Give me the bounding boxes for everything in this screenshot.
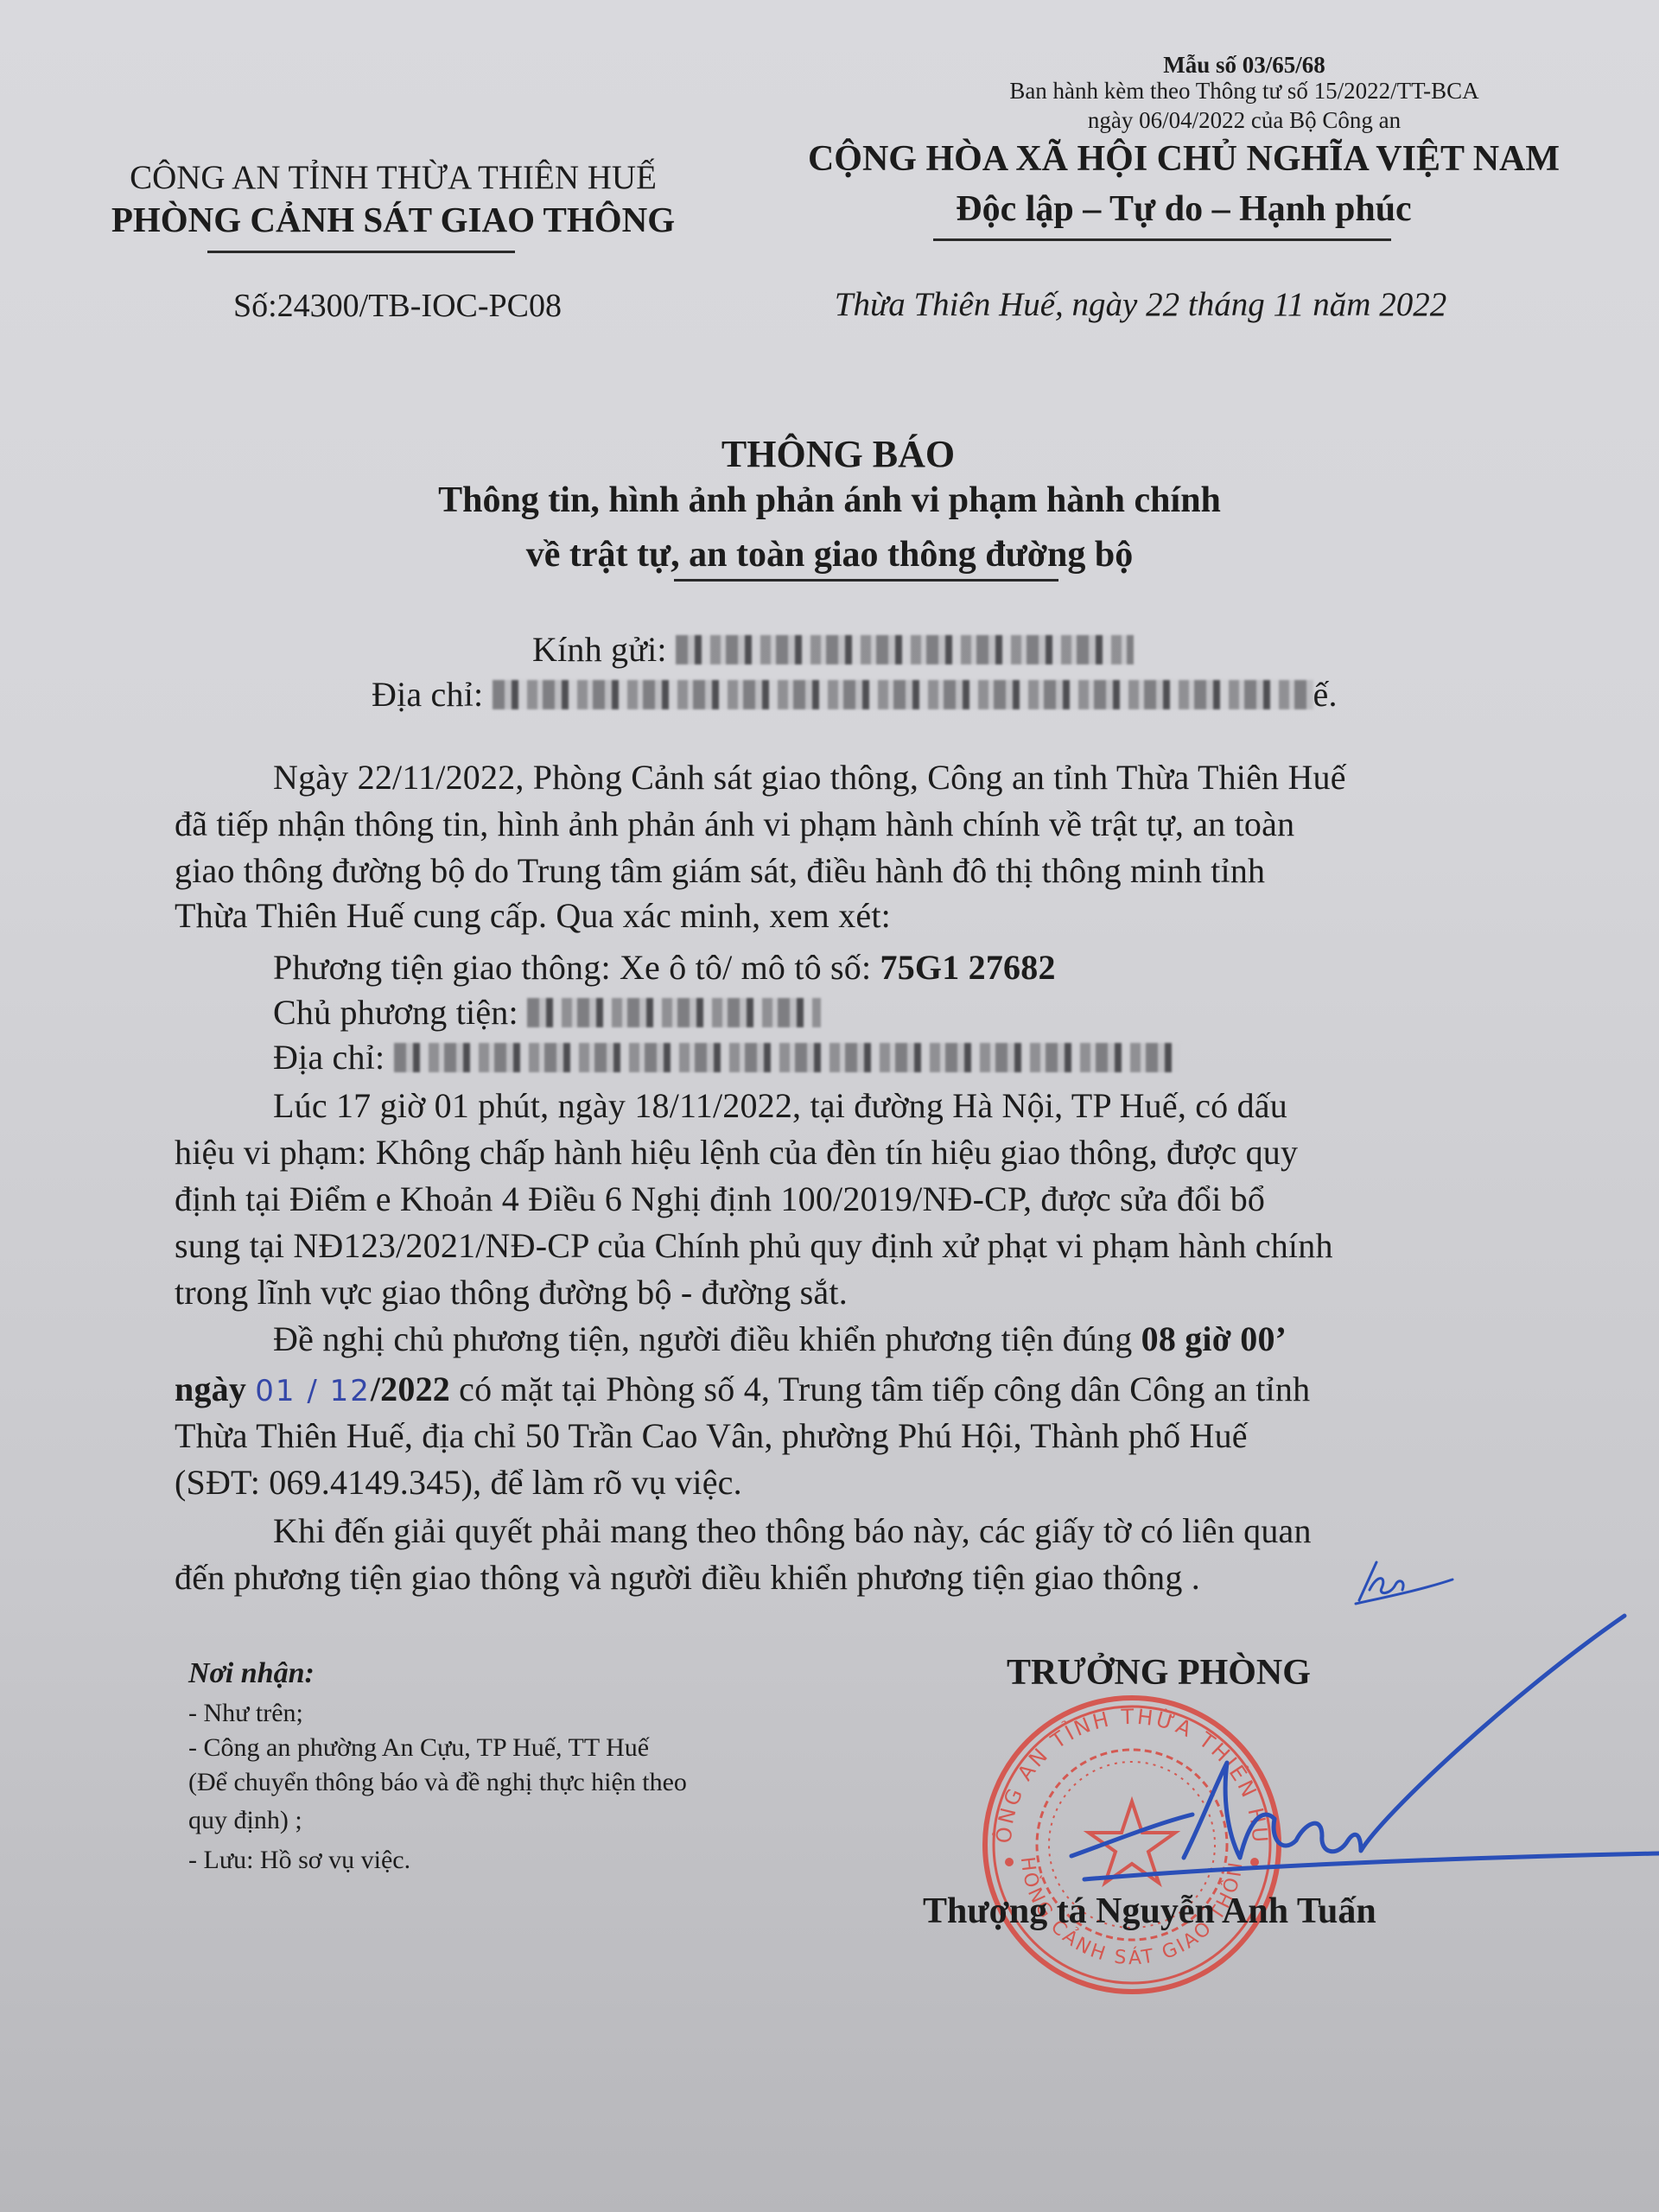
p4-line-1: Khi đến giải quyết phải mang theo thông … xyxy=(273,1510,1312,1551)
recipient-name-redacted xyxy=(676,635,1134,664)
p4-line-2: đến phương tiện giao thông và người điều… xyxy=(175,1557,1200,1598)
appointment-time: 08 giờ 00’ xyxy=(1141,1319,1287,1358)
recipients-item-4: quy định) ; xyxy=(188,1806,302,1835)
p2-line-5: trong lĩnh vực giao thông đường bộ - đườ… xyxy=(175,1272,848,1313)
owner-address-line: Địa chỉ: xyxy=(273,1037,1180,1077)
document-subtitle-2: về trật tự, an toàn giao thông đường bộ xyxy=(311,534,1348,575)
recipients-item-1: - Như trên; xyxy=(188,1699,303,1728)
appointment-year: /2022 xyxy=(371,1370,450,1408)
recipients-item-2: - Công an phường An Cựu, TP Huế, TT Huế xyxy=(188,1733,649,1763)
recipient-label: Kính gửi: xyxy=(532,630,667,669)
document-title: THÔNG BÁO xyxy=(363,432,1313,476)
p1-line-2: đã tiếp nhận thông tin, hình ảnh phản án… xyxy=(175,804,1294,844)
p3-line-1: Đề nghị chủ phương tiện, người điều khiể… xyxy=(273,1319,1287,1359)
appointment-day-label: ngày xyxy=(175,1370,255,1408)
agency-department: PHÒNG CẢNH SÁT GIAO THÔNG xyxy=(78,199,709,240)
p1-line-3: giao thông đường bộ do Trung tâm giám sá… xyxy=(175,850,1265,891)
form-issued-date: ngày 06/04/2022 của Bộ Công an xyxy=(916,107,1573,134)
title-underline xyxy=(674,579,1058,582)
recipient-line: Kính gửi: xyxy=(532,629,1134,670)
appointment-place: có mặt tại Phòng số 4, Trung tâm tiếp cô… xyxy=(450,1370,1310,1408)
initials-signature-icon xyxy=(1352,1555,1456,1607)
p2-line-4: sung tại NĐ123/2021/NĐ-CP của Chính phủ … xyxy=(175,1225,1333,1266)
recipient-address-redacted xyxy=(493,680,1313,709)
recipient-address-line: Địa chỉ: ế. xyxy=(372,674,1338,715)
recipient-address-label: Địa chỉ: xyxy=(372,675,483,714)
p2-line-1: Lúc 17 giờ 01 phút, ngày 18/11/2022, tại… xyxy=(273,1085,1287,1126)
agency-parent: CÔNG AN TỈNH THỪA THIÊN HUẾ xyxy=(78,158,709,197)
p2-line-2: hiệu vi phạm: Không chấp hành hiệu lệnh … xyxy=(175,1132,1298,1173)
recipients-heading: Nơi nhận: xyxy=(188,1657,315,1690)
form-number: Mẫu số 03/65/68 xyxy=(1037,52,1452,79)
p3-line-3: Thừa Thiên Huế, địa chỉ 50 Trần Cao Vân,… xyxy=(175,1415,1248,1456)
p3-text: Đề nghị chủ phương tiện, người điều khiể… xyxy=(273,1319,1141,1358)
form-issued-with: Ban hành kèm theo Thông tư số 15/2022/TT… xyxy=(916,78,1573,105)
recipients-item-3: (Để chuyển thông báo và đề nghị thực hiệ… xyxy=(188,1768,687,1797)
recipient-address-suffix: ế. xyxy=(1313,675,1338,714)
owner-address-label: Địa chỉ: xyxy=(273,1038,385,1077)
owner-line: Chủ phương tiện: xyxy=(273,992,821,1033)
p3-line-4: (SĐT: 069.4149.345), để làm rõ vụ việc. xyxy=(175,1462,742,1503)
signature-icon xyxy=(1063,1607,1659,1901)
document-subtitle-1: Thông tin, hình ảnh phản ánh vi phạm hàn… xyxy=(311,480,1348,521)
owner-name-redacted xyxy=(527,998,821,1027)
p3-line-2: ngày 01 / 12/2022 có mặt tại Phòng số 4,… xyxy=(175,1369,1310,1409)
vehicle-label: Phương tiện giao thông: Xe ô tô/ mô tô s… xyxy=(273,948,880,987)
handwritten-date: 01 / 12 xyxy=(255,1374,371,1408)
country-name: CỘNG HÒA XÃ HỘI CHỦ NGHĨA VIỆT NAM xyxy=(734,138,1633,180)
place-date: Thừa Thiên Huế, ngày 22 tháng 11 năm 202… xyxy=(760,285,1521,324)
signer-name: Thượng tá Nguyễn Anh Tuấn xyxy=(923,1891,1376,1932)
vehicle-line: Phương tiện giao thông: Xe ô tô/ mô tô s… xyxy=(273,947,1056,988)
national-motto: Độc lập – Tự do – Hạnh phúc xyxy=(734,188,1633,230)
motto-underline xyxy=(933,238,1391,241)
owner-label: Chủ phương tiện: xyxy=(273,993,518,1032)
recipients-item-5: - Lưu: Hồ sơ vụ việc. xyxy=(188,1846,410,1875)
agency-underline xyxy=(207,251,515,253)
p1-line-4: Thừa Thiên Huế cung cấp. Qua xác minh, x… xyxy=(175,895,891,936)
vehicle-plate: 75G1 27682 xyxy=(880,948,1056,987)
document-number: Số:24300/TB-IOC-PC08 xyxy=(156,287,639,325)
owner-address-redacted xyxy=(394,1043,1180,1072)
p1-line-1: Ngày 22/11/2022, Phòng Cảnh sát giao thô… xyxy=(273,757,1346,798)
p2-line-3: định tại Điểm e Khoản 4 Điều 6 Nghị định… xyxy=(175,1179,1265,1219)
